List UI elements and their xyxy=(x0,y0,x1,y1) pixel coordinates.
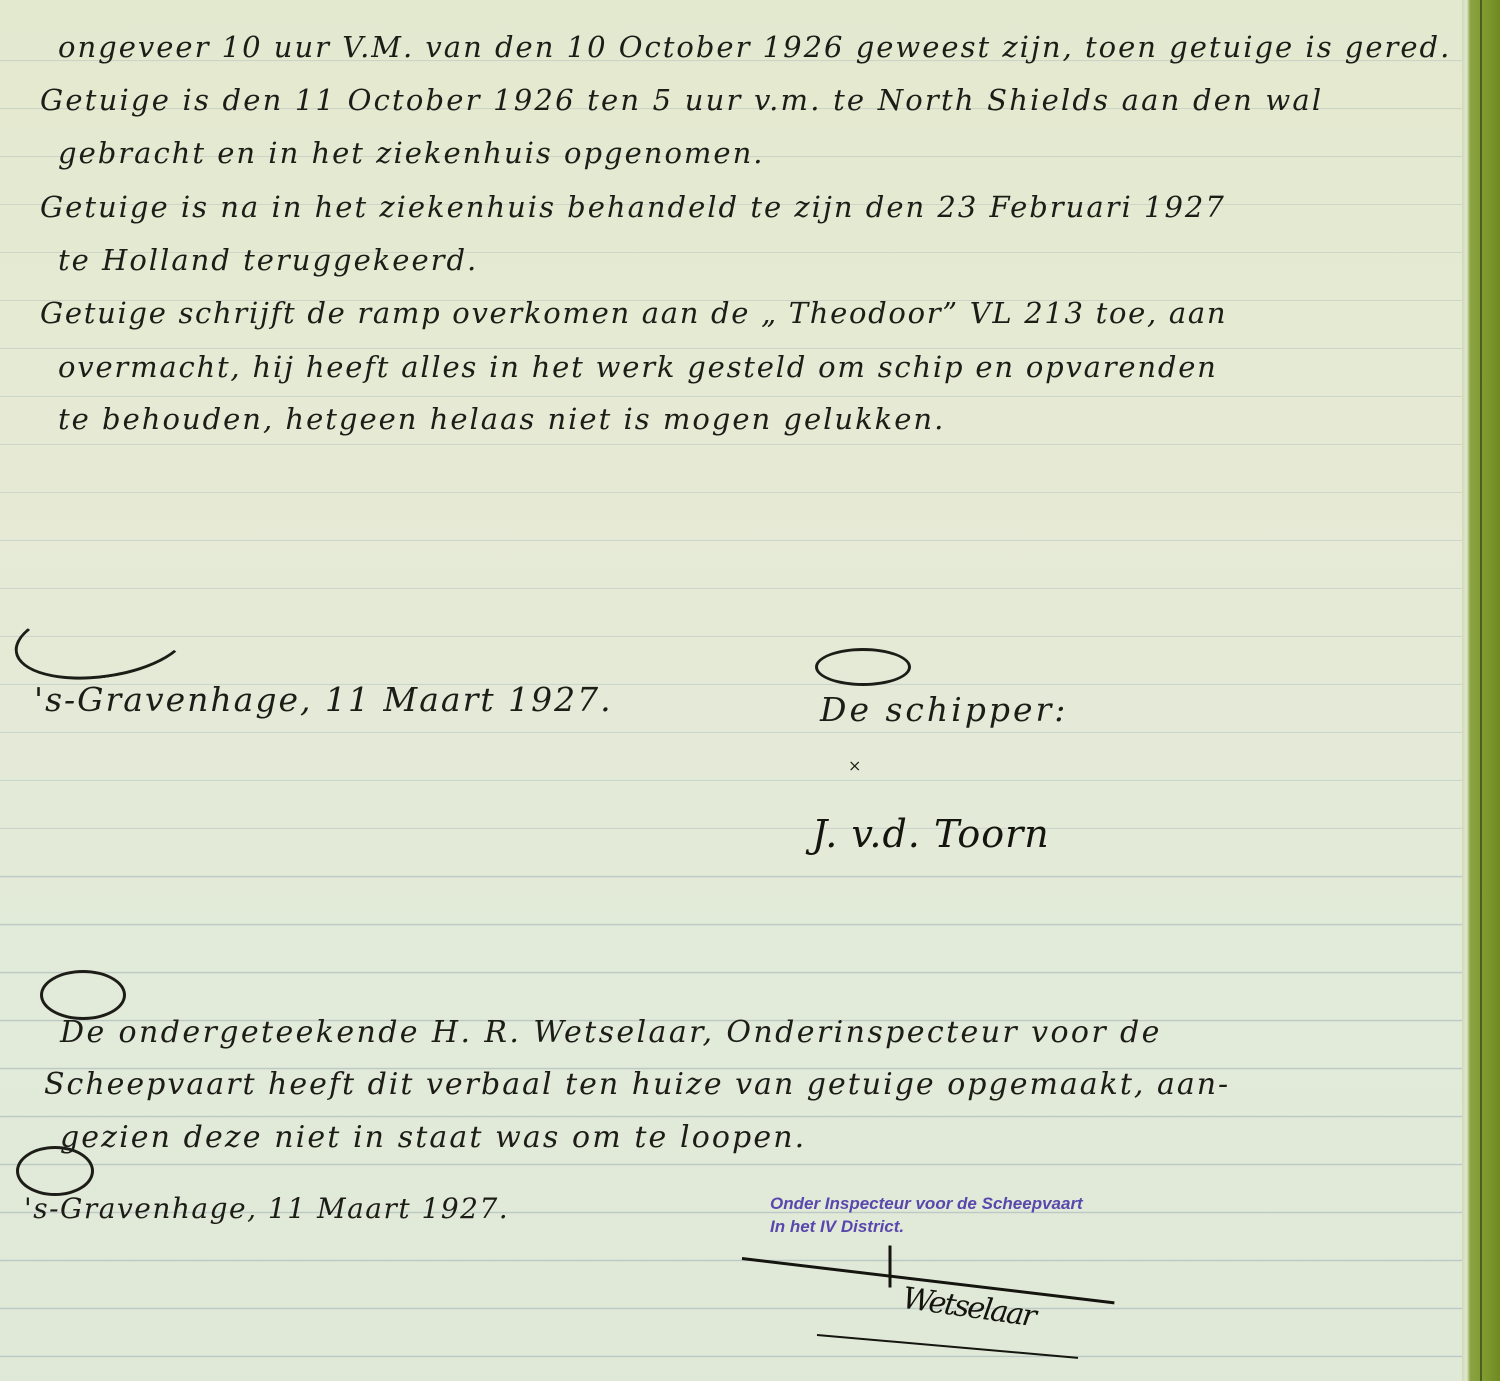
declaration-line-1: De ondergeteekende H. R. Wetselaar, Onde… xyxy=(60,1015,1162,1050)
place-date-2: 's-Gravenhage, 11 Maart 1927. xyxy=(24,1192,509,1225)
skipper-label: De schipper: xyxy=(820,690,1068,729)
body-line-1: ongeveer 10 uur V.M. van den 10 October … xyxy=(58,30,1451,64)
body-line-5: te Holland teruggekeerd. xyxy=(58,243,478,277)
signature-stroke xyxy=(889,1246,892,1288)
body-line-7: overmacht, hij heeft alles in het werk g… xyxy=(58,350,1218,384)
skipper-signature: J. v.d. Toorn xyxy=(812,812,1050,856)
capital-flourish xyxy=(40,970,126,1020)
skipper-mark: × xyxy=(848,756,863,775)
capital-flourish xyxy=(16,1146,94,1196)
stamp-line-2: In het IV District. xyxy=(770,1215,1083,1238)
body-line-4: Getuige is na in het ziekenhuis behandel… xyxy=(40,190,1226,224)
binding-edge-line xyxy=(1480,0,1482,1381)
declaration-line-2: Scheepvaart heeft dit verbaal ten huize … xyxy=(44,1067,1230,1102)
official-stamp: Onder Inspecteur voor de Scheepvaart In … xyxy=(770,1192,1083,1238)
body-line-3: gebracht en in het ziekenhuis opgenomen. xyxy=(58,136,764,170)
document-page: ongeveer 10 uur V.M. van den 10 October … xyxy=(0,0,1470,1381)
book-binding-edge xyxy=(1462,0,1500,1381)
body-line-2: Getuige is den 11 October 1926 ten 5 uur… xyxy=(40,83,1323,117)
stamp-line-1: Onder Inspecteur voor de Scheepvaart xyxy=(770,1192,1083,1215)
capital-flourish xyxy=(815,648,911,686)
body-line-6: Getuige schrijft de ramp overkomen aan d… xyxy=(40,296,1227,330)
body-line-8: te behouden, hetgeen helaas niet is moge… xyxy=(58,402,945,436)
declaration-line-3: gezien deze niet in staat was om te loop… xyxy=(60,1120,806,1155)
place-date-1: 's-Gravenhage, 11 Maart 1927. xyxy=(34,680,613,719)
